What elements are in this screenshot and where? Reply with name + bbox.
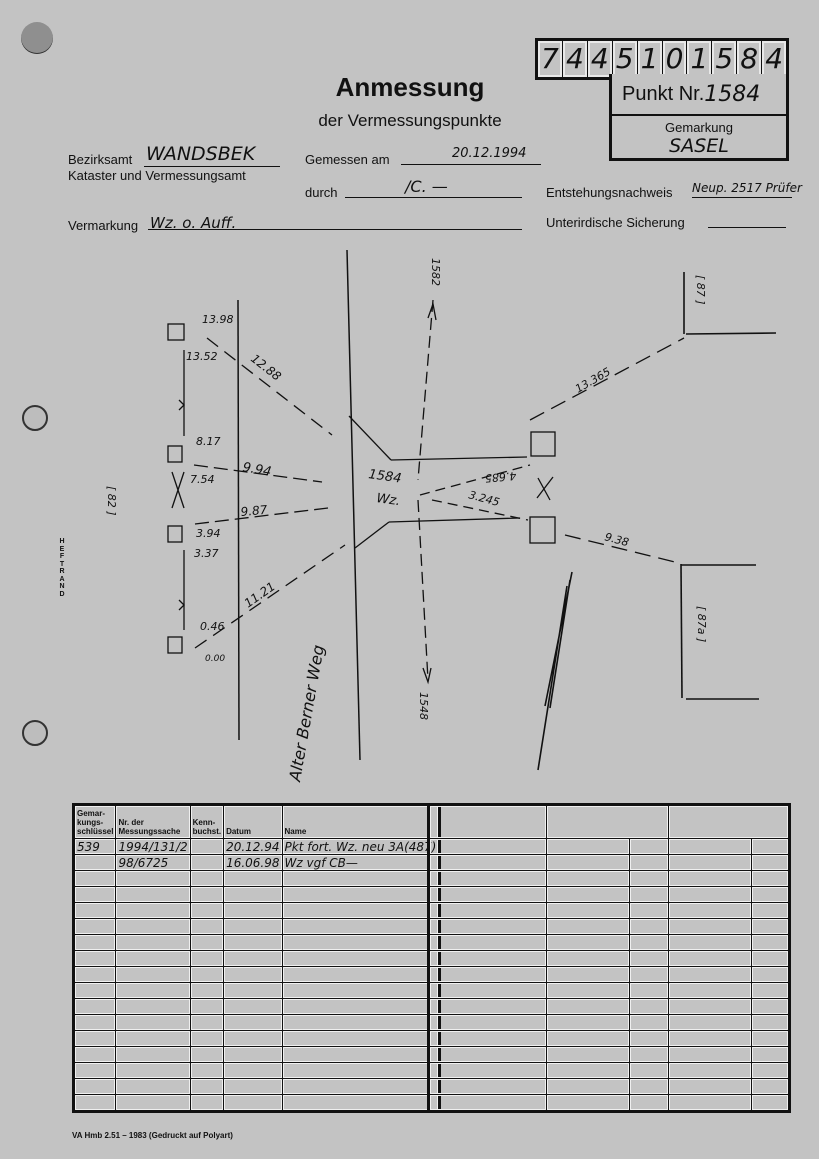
table-cell[interactable] bbox=[752, 919, 790, 935]
table-cell[interactable] bbox=[74, 967, 116, 983]
table-cell[interactable] bbox=[224, 1063, 282, 1079]
table-cell[interactable] bbox=[547, 919, 630, 935]
table-cell[interactable] bbox=[224, 903, 282, 919]
table-row bbox=[429, 1063, 790, 1079]
table-cell[interactable] bbox=[630, 1047, 669, 1063]
table-cell[interactable] bbox=[630, 967, 669, 983]
table-cell[interactable] bbox=[190, 999, 223, 1015]
table-cell[interactable] bbox=[116, 999, 190, 1015]
table-cell[interactable] bbox=[547, 871, 630, 887]
table-cell[interactable] bbox=[752, 855, 790, 871]
table-cell[interactable] bbox=[547, 951, 630, 967]
table-cell[interactable] bbox=[190, 1047, 223, 1063]
reference-point: 1582 bbox=[429, 258, 442, 286]
table-cell[interactable] bbox=[282, 1079, 440, 1095]
table-row bbox=[74, 919, 440, 935]
table-cell[interactable] bbox=[669, 1063, 752, 1079]
table-cell[interactable] bbox=[74, 1047, 116, 1063]
measure-label: 8.17 bbox=[196, 435, 221, 448]
table-cell[interactable] bbox=[752, 1079, 790, 1095]
table-cell[interactable] bbox=[630, 999, 669, 1015]
table-cell[interactable] bbox=[429, 1063, 547, 1079]
table-cell[interactable] bbox=[224, 983, 282, 999]
table-cell[interactable] bbox=[547, 1031, 630, 1047]
table-cell[interactable] bbox=[429, 1031, 547, 1047]
table-row bbox=[74, 999, 440, 1015]
table-cell[interactable] bbox=[547, 1063, 630, 1079]
table-row bbox=[74, 1063, 440, 1079]
table-cell[interactable] bbox=[669, 855, 752, 871]
table-cell[interactable] bbox=[630, 903, 669, 919]
table-row bbox=[429, 919, 790, 935]
table-cell[interactable] bbox=[630, 935, 669, 951]
table-cell[interactable] bbox=[630, 1079, 669, 1095]
table-cell[interactable] bbox=[547, 967, 630, 983]
table-row bbox=[74, 967, 440, 983]
table-cell[interactable] bbox=[116, 951, 190, 967]
table-cell[interactable] bbox=[282, 903, 440, 919]
table-cell[interactable]: 20.12.94 bbox=[224, 839, 282, 855]
table-cell[interactable] bbox=[224, 1079, 282, 1095]
table-row bbox=[429, 999, 790, 1015]
table-row bbox=[74, 1015, 440, 1031]
column-header: Nr. der Messungssache bbox=[116, 805, 190, 839]
table-row bbox=[429, 887, 790, 903]
table-cell[interactable] bbox=[74, 903, 116, 919]
table-cell[interactable]: 539 bbox=[74, 839, 116, 855]
table-row bbox=[429, 983, 790, 999]
table-cell[interactable] bbox=[190, 1095, 223, 1112]
table-cell[interactable] bbox=[429, 903, 547, 919]
table-cell[interactable] bbox=[752, 839, 790, 855]
table-cell[interactable] bbox=[630, 1063, 669, 1079]
table-cell[interactable] bbox=[429, 839, 547, 855]
table-cell[interactable]: 98/6725 bbox=[116, 855, 190, 871]
table-cell[interactable] bbox=[547, 1047, 630, 1063]
table-cell[interactable] bbox=[669, 871, 752, 887]
table-cell[interactable] bbox=[74, 1079, 116, 1095]
point-mark: Wz. bbox=[375, 491, 401, 509]
table-row bbox=[74, 903, 440, 919]
table-cell[interactable] bbox=[429, 919, 547, 935]
reference-point: 1548 bbox=[417, 692, 430, 720]
table-cell[interactable] bbox=[752, 983, 790, 999]
table-cell[interactable] bbox=[282, 1063, 440, 1079]
table-cell[interactable] bbox=[190, 919, 223, 935]
table-row: 5391994/131/220.12.94Pkt fort. Wz. neu 3… bbox=[74, 839, 440, 855]
column-header bbox=[547, 805, 669, 839]
table-cell[interactable] bbox=[669, 951, 752, 967]
table-cell[interactable] bbox=[190, 951, 223, 967]
table-cell[interactable] bbox=[74, 983, 116, 999]
measure-label: 13.52 bbox=[186, 350, 218, 363]
measure-label: 0.00 bbox=[205, 654, 225, 664]
table-row bbox=[74, 871, 440, 887]
table-row bbox=[429, 1079, 790, 1095]
table-cell[interactable] bbox=[630, 919, 669, 935]
measure-label: 13.365 bbox=[573, 365, 613, 396]
table-cell[interactable] bbox=[429, 887, 547, 903]
table-row bbox=[429, 1015, 790, 1031]
table-cell[interactable] bbox=[224, 1031, 282, 1047]
table-cell[interactable] bbox=[116, 903, 190, 919]
form-footer: VA Hmb 2.51 – 1983 (Gedruckt auf Polyart… bbox=[72, 1131, 233, 1140]
table-row bbox=[429, 839, 790, 855]
table-cell[interactable] bbox=[74, 919, 116, 935]
table-cell[interactable] bbox=[282, 1047, 440, 1063]
table-cell[interactable] bbox=[74, 999, 116, 1015]
table-cell[interactable] bbox=[630, 887, 669, 903]
street-name: Alter Berner Weg bbox=[285, 643, 328, 783]
table-cell[interactable] bbox=[752, 1031, 790, 1047]
table-cell[interactable] bbox=[74, 887, 116, 903]
table-cell[interactable] bbox=[74, 951, 116, 967]
table-cell[interactable]: 16.06.98 bbox=[224, 855, 282, 871]
table-cell[interactable] bbox=[630, 855, 669, 871]
table-cell[interactable] bbox=[116, 1063, 190, 1079]
table-cell[interactable] bbox=[669, 1047, 752, 1063]
table-cell[interactable] bbox=[630, 1031, 669, 1047]
table-row bbox=[74, 1079, 440, 1095]
table-cell[interactable] bbox=[547, 855, 630, 871]
table-cell[interactable] bbox=[282, 1095, 440, 1112]
table-cell[interactable] bbox=[282, 919, 440, 935]
table-cell[interactable] bbox=[630, 1015, 669, 1031]
table-cell[interactable] bbox=[224, 967, 282, 983]
table-row bbox=[429, 871, 790, 887]
table-cell[interactable] bbox=[669, 1095, 752, 1112]
table-cell[interactable] bbox=[669, 1015, 752, 1031]
table-row bbox=[429, 1095, 790, 1112]
table-cell[interactable] bbox=[282, 967, 440, 983]
table-cell[interactable] bbox=[547, 839, 630, 855]
table-cell[interactable] bbox=[429, 935, 547, 951]
table-cell[interactable] bbox=[116, 1015, 190, 1031]
table-row bbox=[74, 1031, 440, 1047]
table-cell[interactable] bbox=[190, 887, 223, 903]
column-header bbox=[669, 805, 790, 839]
table-cell[interactable] bbox=[224, 935, 282, 951]
table-cell[interactable] bbox=[547, 903, 630, 919]
table-cell[interactable] bbox=[116, 919, 190, 935]
table-cell[interactable] bbox=[190, 903, 223, 919]
table-cell[interactable] bbox=[669, 839, 752, 855]
table-cell[interactable] bbox=[190, 967, 223, 983]
table-cell[interactable] bbox=[282, 935, 440, 951]
table-cell[interactable] bbox=[752, 871, 790, 887]
table-cell[interactable] bbox=[429, 855, 547, 871]
table-cell[interactable] bbox=[752, 935, 790, 951]
column-header: Datum bbox=[224, 805, 282, 839]
table-cell[interactable] bbox=[752, 999, 790, 1015]
table-cell[interactable] bbox=[547, 1079, 630, 1095]
column-header: Kenn-buchst. bbox=[190, 805, 223, 839]
table-cell[interactable] bbox=[429, 983, 547, 999]
table-cell[interactable] bbox=[74, 935, 116, 951]
table-cell[interactable] bbox=[190, 1079, 223, 1095]
table-cell[interactable] bbox=[429, 1047, 547, 1063]
table-cell[interactable] bbox=[752, 1015, 790, 1031]
table-cell[interactable] bbox=[669, 903, 752, 919]
measure-label: 4.685 bbox=[484, 469, 517, 485]
table-cell[interactable] bbox=[74, 855, 116, 871]
table-cell[interactable] bbox=[752, 1047, 790, 1063]
table-cell[interactable] bbox=[116, 935, 190, 951]
table-cell[interactable] bbox=[190, 1063, 223, 1079]
measure-label: 3.245 bbox=[467, 488, 501, 509]
table-row bbox=[429, 967, 790, 983]
table-cell[interactable] bbox=[752, 951, 790, 967]
table-cell[interactable] bbox=[630, 1095, 669, 1112]
table-row bbox=[74, 1095, 440, 1112]
table-cell[interactable] bbox=[116, 1031, 190, 1047]
table-cell[interactable] bbox=[282, 983, 440, 999]
table-cell[interactable] bbox=[752, 1063, 790, 1079]
table-cell[interactable] bbox=[190, 1031, 223, 1047]
table-cell[interactable] bbox=[429, 951, 547, 967]
building-ref: [ 82 ] bbox=[105, 486, 118, 516]
table-cell[interactable] bbox=[224, 871, 282, 887]
table-cell[interactable] bbox=[429, 999, 547, 1015]
table-cell[interactable] bbox=[630, 983, 669, 999]
table-row bbox=[74, 935, 440, 951]
table-row bbox=[429, 935, 790, 951]
table-cell[interactable] bbox=[547, 1015, 630, 1031]
table-cell[interactable] bbox=[752, 903, 790, 919]
table-cell[interactable] bbox=[630, 951, 669, 967]
table-cell[interactable] bbox=[282, 1015, 440, 1031]
table-cell[interactable] bbox=[547, 887, 630, 903]
table-cell[interactable] bbox=[224, 887, 282, 903]
measure-label: 9.87 bbox=[240, 503, 268, 519]
table-row: 98/672516.06.98Wz vgf CB— bbox=[74, 855, 440, 871]
measure-label: 12.88 bbox=[248, 351, 284, 383]
table-cell[interactable] bbox=[74, 1095, 116, 1112]
table-cell[interactable] bbox=[282, 871, 440, 887]
column-header bbox=[429, 805, 547, 839]
table-cell[interactable] bbox=[282, 951, 440, 967]
table-cell[interactable] bbox=[429, 1095, 547, 1112]
table-cell[interactable] bbox=[224, 919, 282, 935]
table-cell[interactable] bbox=[669, 935, 752, 951]
table-cell[interactable] bbox=[669, 983, 752, 999]
table-row bbox=[74, 1047, 440, 1063]
table-cell[interactable] bbox=[547, 999, 630, 1015]
table-cell[interactable] bbox=[224, 999, 282, 1015]
table-row bbox=[429, 1031, 790, 1047]
table-cell[interactable] bbox=[190, 871, 223, 887]
table-cell[interactable] bbox=[224, 1095, 282, 1112]
boundary-marker bbox=[168, 324, 184, 340]
table-cell[interactable] bbox=[116, 1095, 190, 1112]
measure-label: 3.94 bbox=[196, 527, 221, 540]
table-cell[interactable] bbox=[116, 967, 190, 983]
table-row bbox=[429, 903, 790, 919]
history-table-right bbox=[427, 803, 791, 1113]
table-cell[interactable]: Pkt fort. Wz. neu 3A(487) bbox=[282, 839, 440, 855]
table-cell[interactable] bbox=[752, 967, 790, 983]
table-cell[interactable] bbox=[282, 887, 440, 903]
table-row bbox=[74, 983, 440, 999]
table-cell[interactable] bbox=[429, 1015, 547, 1031]
table-row bbox=[429, 1047, 790, 1063]
table-cell[interactable] bbox=[224, 951, 282, 967]
table-cell[interactable] bbox=[74, 1063, 116, 1079]
table-cell[interactable] bbox=[116, 1047, 190, 1063]
table-cell[interactable] bbox=[74, 871, 116, 887]
table-cell[interactable] bbox=[190, 855, 223, 871]
table-cell[interactable] bbox=[669, 967, 752, 983]
measure-label: 9.94 bbox=[241, 460, 272, 480]
table-cell[interactable] bbox=[224, 1015, 282, 1031]
table-cell[interactable] bbox=[630, 839, 669, 855]
table-cell[interactable] bbox=[74, 1015, 116, 1031]
point-number: 1584 bbox=[367, 467, 402, 486]
table-cell[interactable] bbox=[547, 935, 630, 951]
measure-label: 0.46 bbox=[200, 620, 225, 633]
table-cell[interactable] bbox=[190, 1015, 223, 1031]
table-cell[interactable] bbox=[224, 1047, 282, 1063]
table-cell[interactable] bbox=[547, 1095, 630, 1112]
table-cell[interactable] bbox=[190, 935, 223, 951]
table-cell[interactable] bbox=[429, 1079, 547, 1095]
table-cell[interactable] bbox=[116, 1079, 190, 1095]
table-cell[interactable] bbox=[116, 871, 190, 887]
table-cell[interactable] bbox=[669, 919, 752, 935]
table-cell[interactable] bbox=[669, 887, 752, 903]
table-cell[interactable]: 1994/131/2 bbox=[116, 839, 190, 855]
table-cell[interactable] bbox=[669, 999, 752, 1015]
table-row bbox=[429, 855, 790, 871]
table-cell[interactable] bbox=[282, 1031, 440, 1047]
table-cell[interactable] bbox=[547, 983, 630, 999]
table-cell[interactable] bbox=[282, 999, 440, 1015]
table-cell[interactable] bbox=[429, 871, 547, 887]
table-cell[interactable] bbox=[669, 1031, 752, 1047]
building-ref: [ 87 ] bbox=[694, 275, 707, 305]
table-cell[interactable] bbox=[752, 887, 790, 903]
column-header: Name bbox=[282, 805, 440, 839]
table-row bbox=[429, 951, 790, 967]
table-cell[interactable] bbox=[190, 983, 223, 999]
table-cell[interactable]: Wz vgf CB— bbox=[282, 855, 440, 871]
table-row bbox=[74, 951, 440, 967]
survey-sketch: 13.9813.528.177.543.943.370.460.0012.889… bbox=[0, 0, 819, 800]
building-ref: [ 87a ] bbox=[695, 606, 708, 642]
measure-label: 9.38 bbox=[603, 530, 630, 549]
table-cell[interactable] bbox=[669, 1079, 752, 1095]
history-table-left: Gemar-kungs-schlüsselNr. der Messungssac… bbox=[72, 803, 441, 1113]
measure-label: 3.37 bbox=[194, 547, 219, 560]
column-header: Gemar-kungs-schlüssel bbox=[74, 805, 116, 839]
table-cell[interactable] bbox=[74, 1031, 116, 1047]
table-cell[interactable] bbox=[630, 871, 669, 887]
table-cell[interactable] bbox=[116, 983, 190, 999]
measure-label: 13.98 bbox=[202, 313, 234, 326]
table-row bbox=[74, 887, 440, 903]
table-cell[interactable] bbox=[429, 967, 547, 983]
table-cell[interactable] bbox=[752, 1095, 790, 1112]
measure-label: 7.54 bbox=[190, 473, 215, 486]
table-cell[interactable] bbox=[116, 887, 190, 903]
table-cell[interactable] bbox=[190, 839, 223, 855]
